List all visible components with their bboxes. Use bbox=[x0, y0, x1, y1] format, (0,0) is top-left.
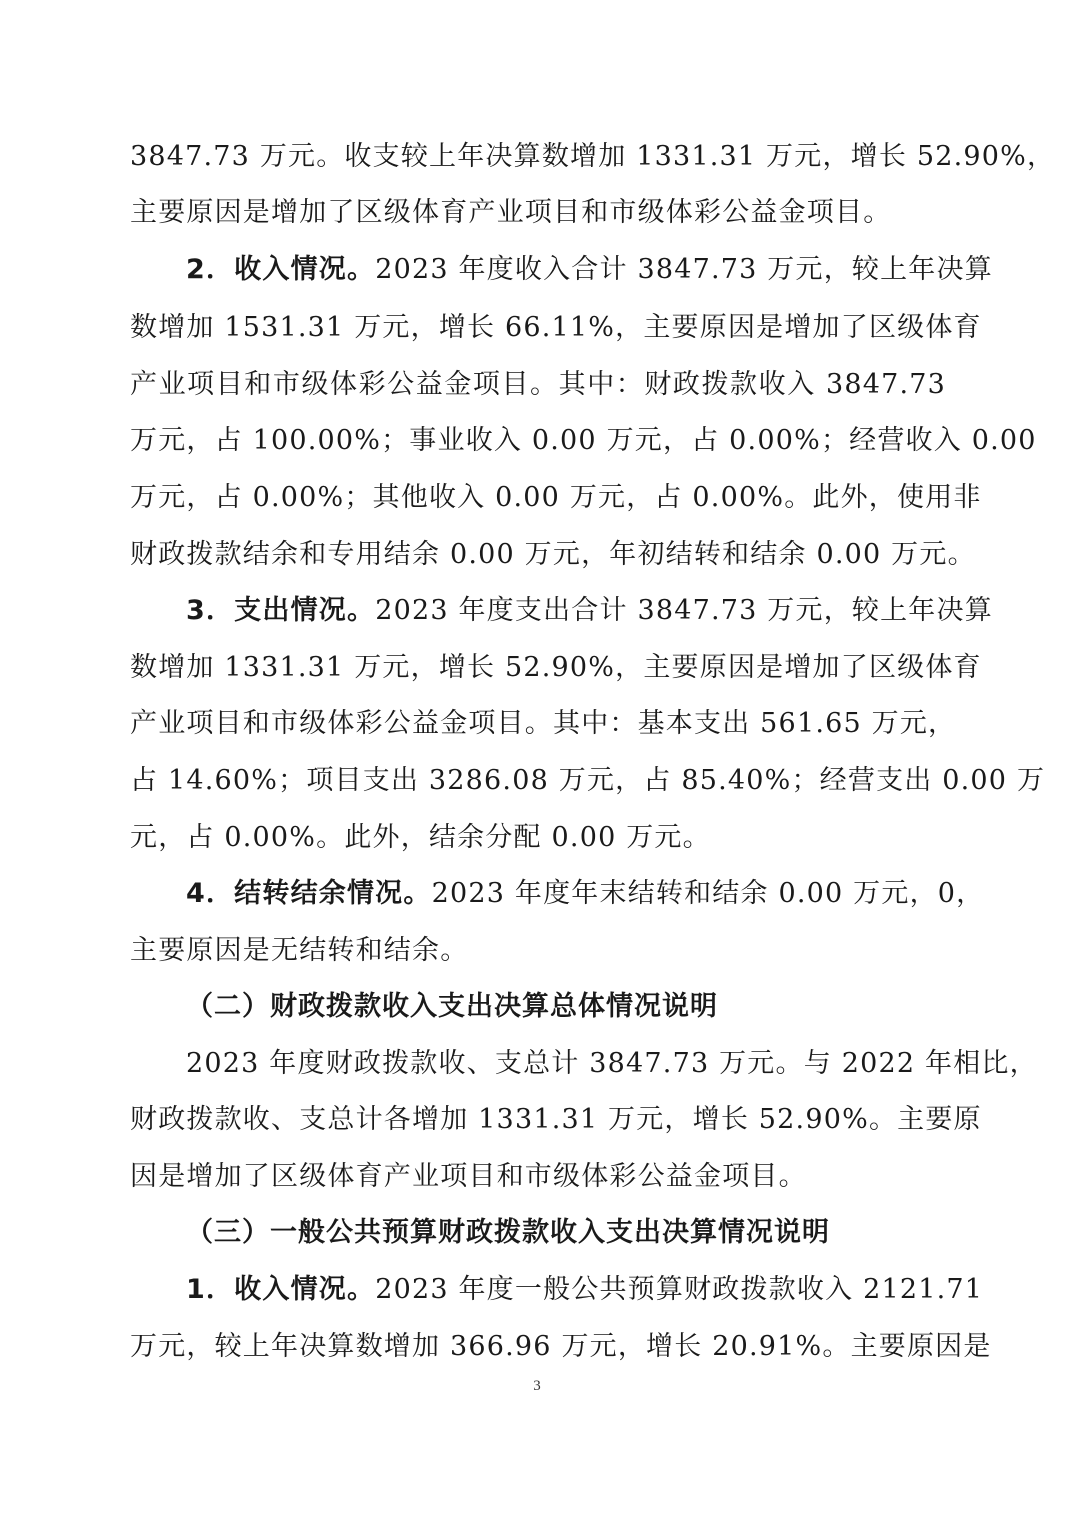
paragraph-line: 元，占 0.00%。此外，结余分配 0.00 万元。 bbox=[130, 818, 946, 858]
section-general-budget-income: 1．收入情况。2023 年度一般公共预算财政拨款收入 2121.71 bbox=[186, 1270, 946, 1310]
paragraph-line: 万元，占 0.00%；其他收入 0.00 万元，占 0.00%。此外，使用非 bbox=[130, 478, 946, 518]
paragraph-text: 2023 年度收入合计 3847.73 万元，较上年决算 bbox=[375, 254, 993, 285]
section-heading-3: （三）一般公共预算财政拨款收入支出决算情况说明 bbox=[186, 1213, 830, 1253]
paragraph-line: 数增加 1531.31 万元，增长 66.11%，主要原因是增加了区级体育 bbox=[130, 308, 946, 348]
paragraph-line: 产业项目和市级体彩公益金项目。其中：基本支出 561.65 万元， bbox=[130, 704, 946, 744]
section-carryover: 4．结转结余情况。2023 年度年末结转和结余 0.00 万元，0， bbox=[186, 874, 946, 914]
section-label: 1．收入情况。 bbox=[186, 1274, 375, 1305]
paragraph-line: 万元，较上年决算数增加 366.96 万元，增长 20.91%。主要原因是 bbox=[130, 1327, 946, 1367]
paragraph-line: 数增加 1331.31 万元，增长 52.90%，主要原因是增加了区级体育 bbox=[130, 648, 946, 688]
paragraph-line: 主要原因是无结转和结余。 bbox=[130, 931, 946, 971]
section-label: 2．收入情况。 bbox=[186, 254, 375, 285]
paragraph-line: 产业项目和市级体彩公益金项目。其中：财政拨款收入 3847.73 bbox=[130, 365, 946, 405]
paragraph-text: 2023 年度支出合计 3847.73 万元，较上年决算 bbox=[375, 595, 993, 626]
section-expenditure: 3．支出情况。2023 年度支出合计 3847.73 万元，较上年决算 bbox=[186, 591, 946, 631]
paragraph-line: 财政拨款结余和专用结余 0.00 万元，年初结转和结余 0.00 万元。 bbox=[130, 535, 946, 575]
paragraph-line: 3847.73 万元。收支较上年决算数增加 1331.31 万元，增长 52.9… bbox=[130, 137, 946, 177]
paragraph-line: 2023 年度财政拨款收、支总计 3847.73 万元。与 2022 年相比， bbox=[186, 1044, 946, 1084]
document-page: 3847.73 万元。收支较上年决算数增加 1331.31 万元，增长 52.9… bbox=[0, 0, 1074, 1520]
section-income: 2．收入情况。2023 年度收入合计 3847.73 万元，较上年决算 bbox=[186, 250, 946, 290]
paragraph-text: 2023 年度一般公共预算财政拨款收入 2121.71 bbox=[375, 1274, 983, 1305]
paragraph-line: 财政拨款收、支总计各增加 1331.31 万元，增长 52.90%。主要原 bbox=[130, 1100, 946, 1140]
section-label: 4．结转结余情况。 bbox=[186, 878, 432, 909]
page-number: 3 bbox=[0, 1378, 1074, 1395]
section-heading-2: （二）财政拨款收入支出决算总体情况说明 bbox=[186, 987, 718, 1027]
paragraph-text: 2023 年度年末结转和结余 0.00 万元，0， bbox=[432, 878, 985, 909]
section-label: 3．支出情况。 bbox=[186, 595, 375, 626]
paragraph-line: 占 14.60%；项目支出 3286.08 万元，占 85.40%；经营支出 0… bbox=[130, 761, 946, 801]
paragraph-line: 万元，占 100.00%；事业收入 0.00 万元，占 0.00%；经营收入 0… bbox=[130, 421, 946, 461]
paragraph-line: 主要原因是增加了区级体育产业项目和市级体彩公益金项目。 bbox=[130, 193, 946, 233]
paragraph-line: 因是增加了区级体育产业项目和市级体彩公益金项目。 bbox=[130, 1157, 946, 1197]
